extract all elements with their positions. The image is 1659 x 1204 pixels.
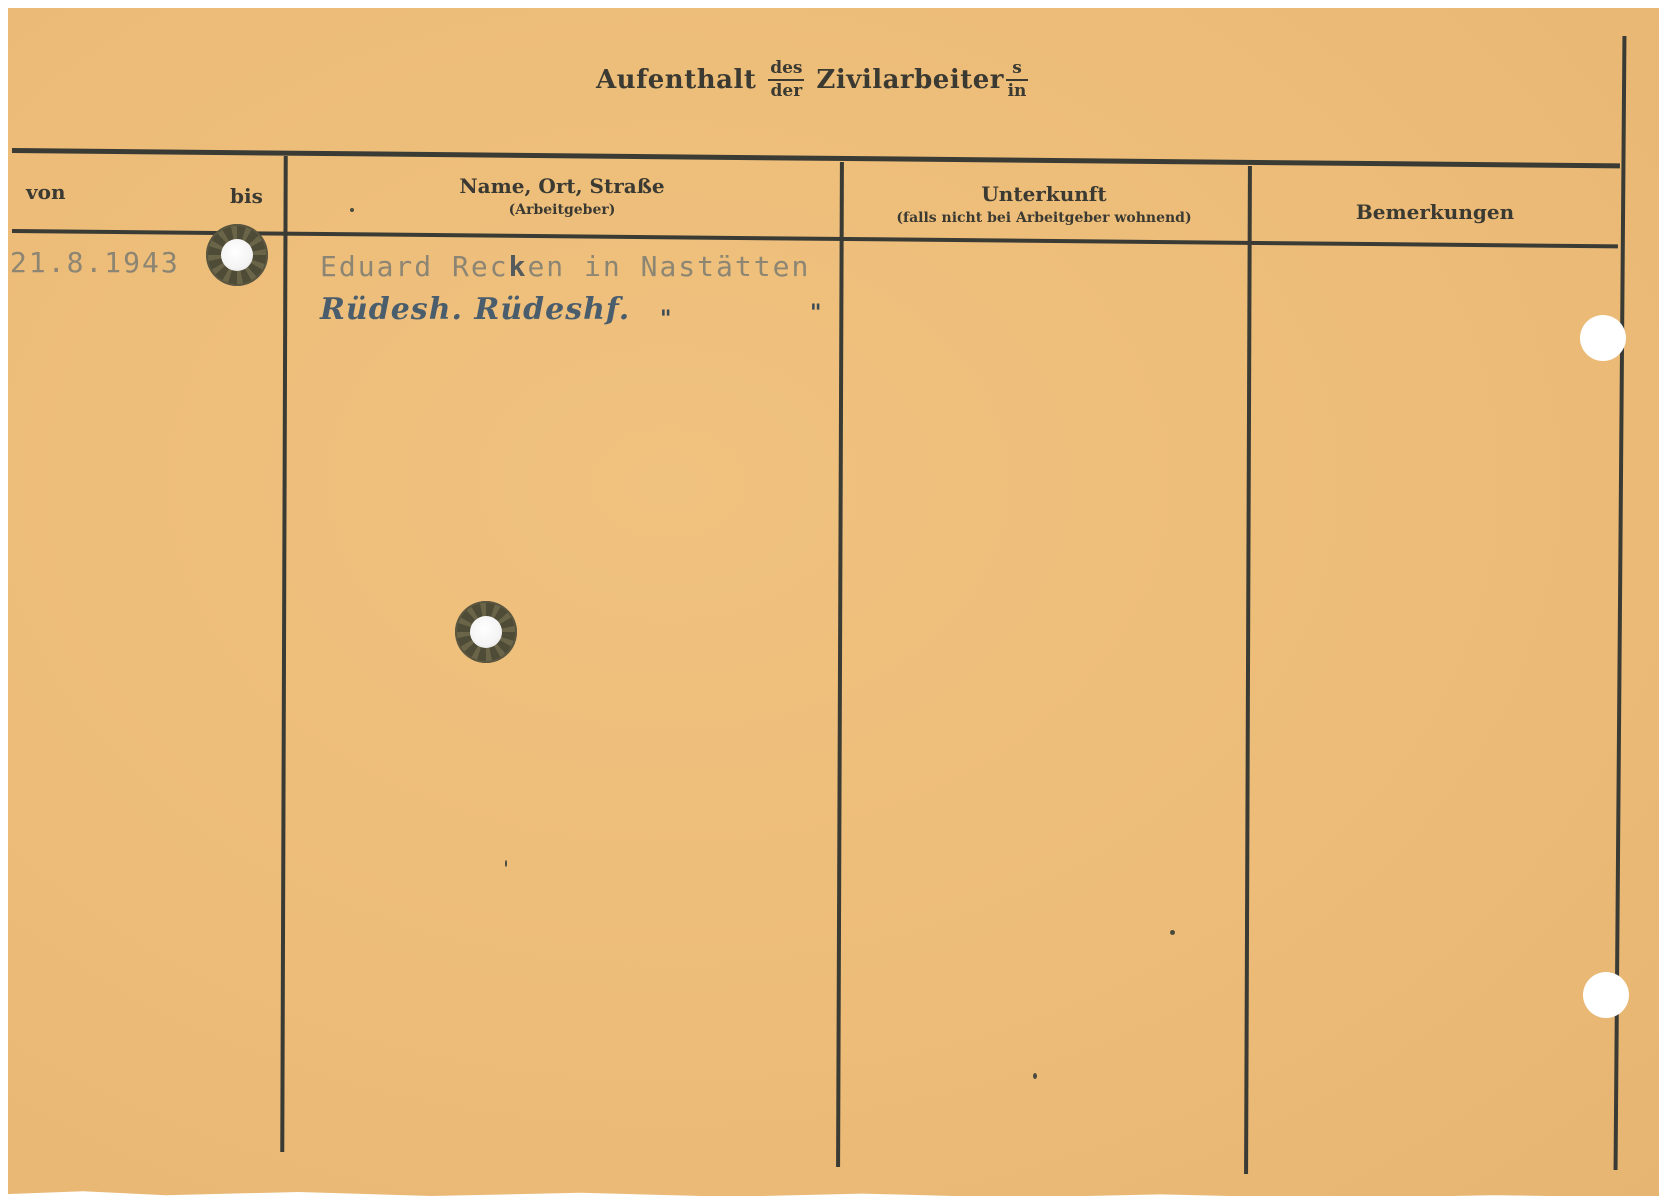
paper-speck (505, 860, 507, 867)
eyelet-grommet-middle (455, 601, 517, 663)
header-bemerkungen: Bemerkungen (1250, 200, 1620, 224)
entry-von-date: 21.8.1943 (10, 246, 180, 279)
card-title: Aufenthalt des der Zivilarbeiter s in (596, 52, 1028, 108)
header-bis: bis (230, 184, 263, 208)
eyelet-grommet-top (206, 224, 268, 286)
title-fraction-suffix: s in (1006, 59, 1028, 101)
ditto-mark-2: " (810, 300, 821, 326)
ditto-mark-1: " (660, 306, 671, 332)
paper-speck (1033, 1073, 1037, 1079)
title-fraction-article: des der (768, 59, 804, 101)
paper-speck (350, 208, 354, 212)
entry-employer-handwritten: Rüdesh. Rüdeshf. (320, 292, 630, 327)
typed-part-1: Eduard Rec (320, 250, 509, 283)
title-noun: Zivilarbeiter (816, 65, 1004, 95)
title-main: Aufenthalt (596, 65, 756, 95)
typed-part-2: en in Nastätten (527, 250, 810, 283)
entry-employer-typed: Eduard Recken in Nastätten (320, 250, 810, 283)
fraction-bottom: der (771, 82, 803, 101)
fraction-bottom: in (1008, 82, 1027, 101)
punch-hole-upper (1580, 315, 1626, 361)
header-unterkunft: Unterkunft (falls nicht bei Arbeitgeber … (842, 182, 1246, 226)
header-von: von (26, 180, 66, 204)
typed-correction: k (509, 250, 528, 283)
fraction-top: des (770, 59, 802, 78)
fraction-top: s (1012, 59, 1022, 78)
header-name-ort-strasse: Name, Ort, Straße (Arbeitgeber) (286, 174, 838, 218)
punch-hole-lower (1583, 972, 1629, 1018)
paper-speck (1170, 930, 1175, 935)
